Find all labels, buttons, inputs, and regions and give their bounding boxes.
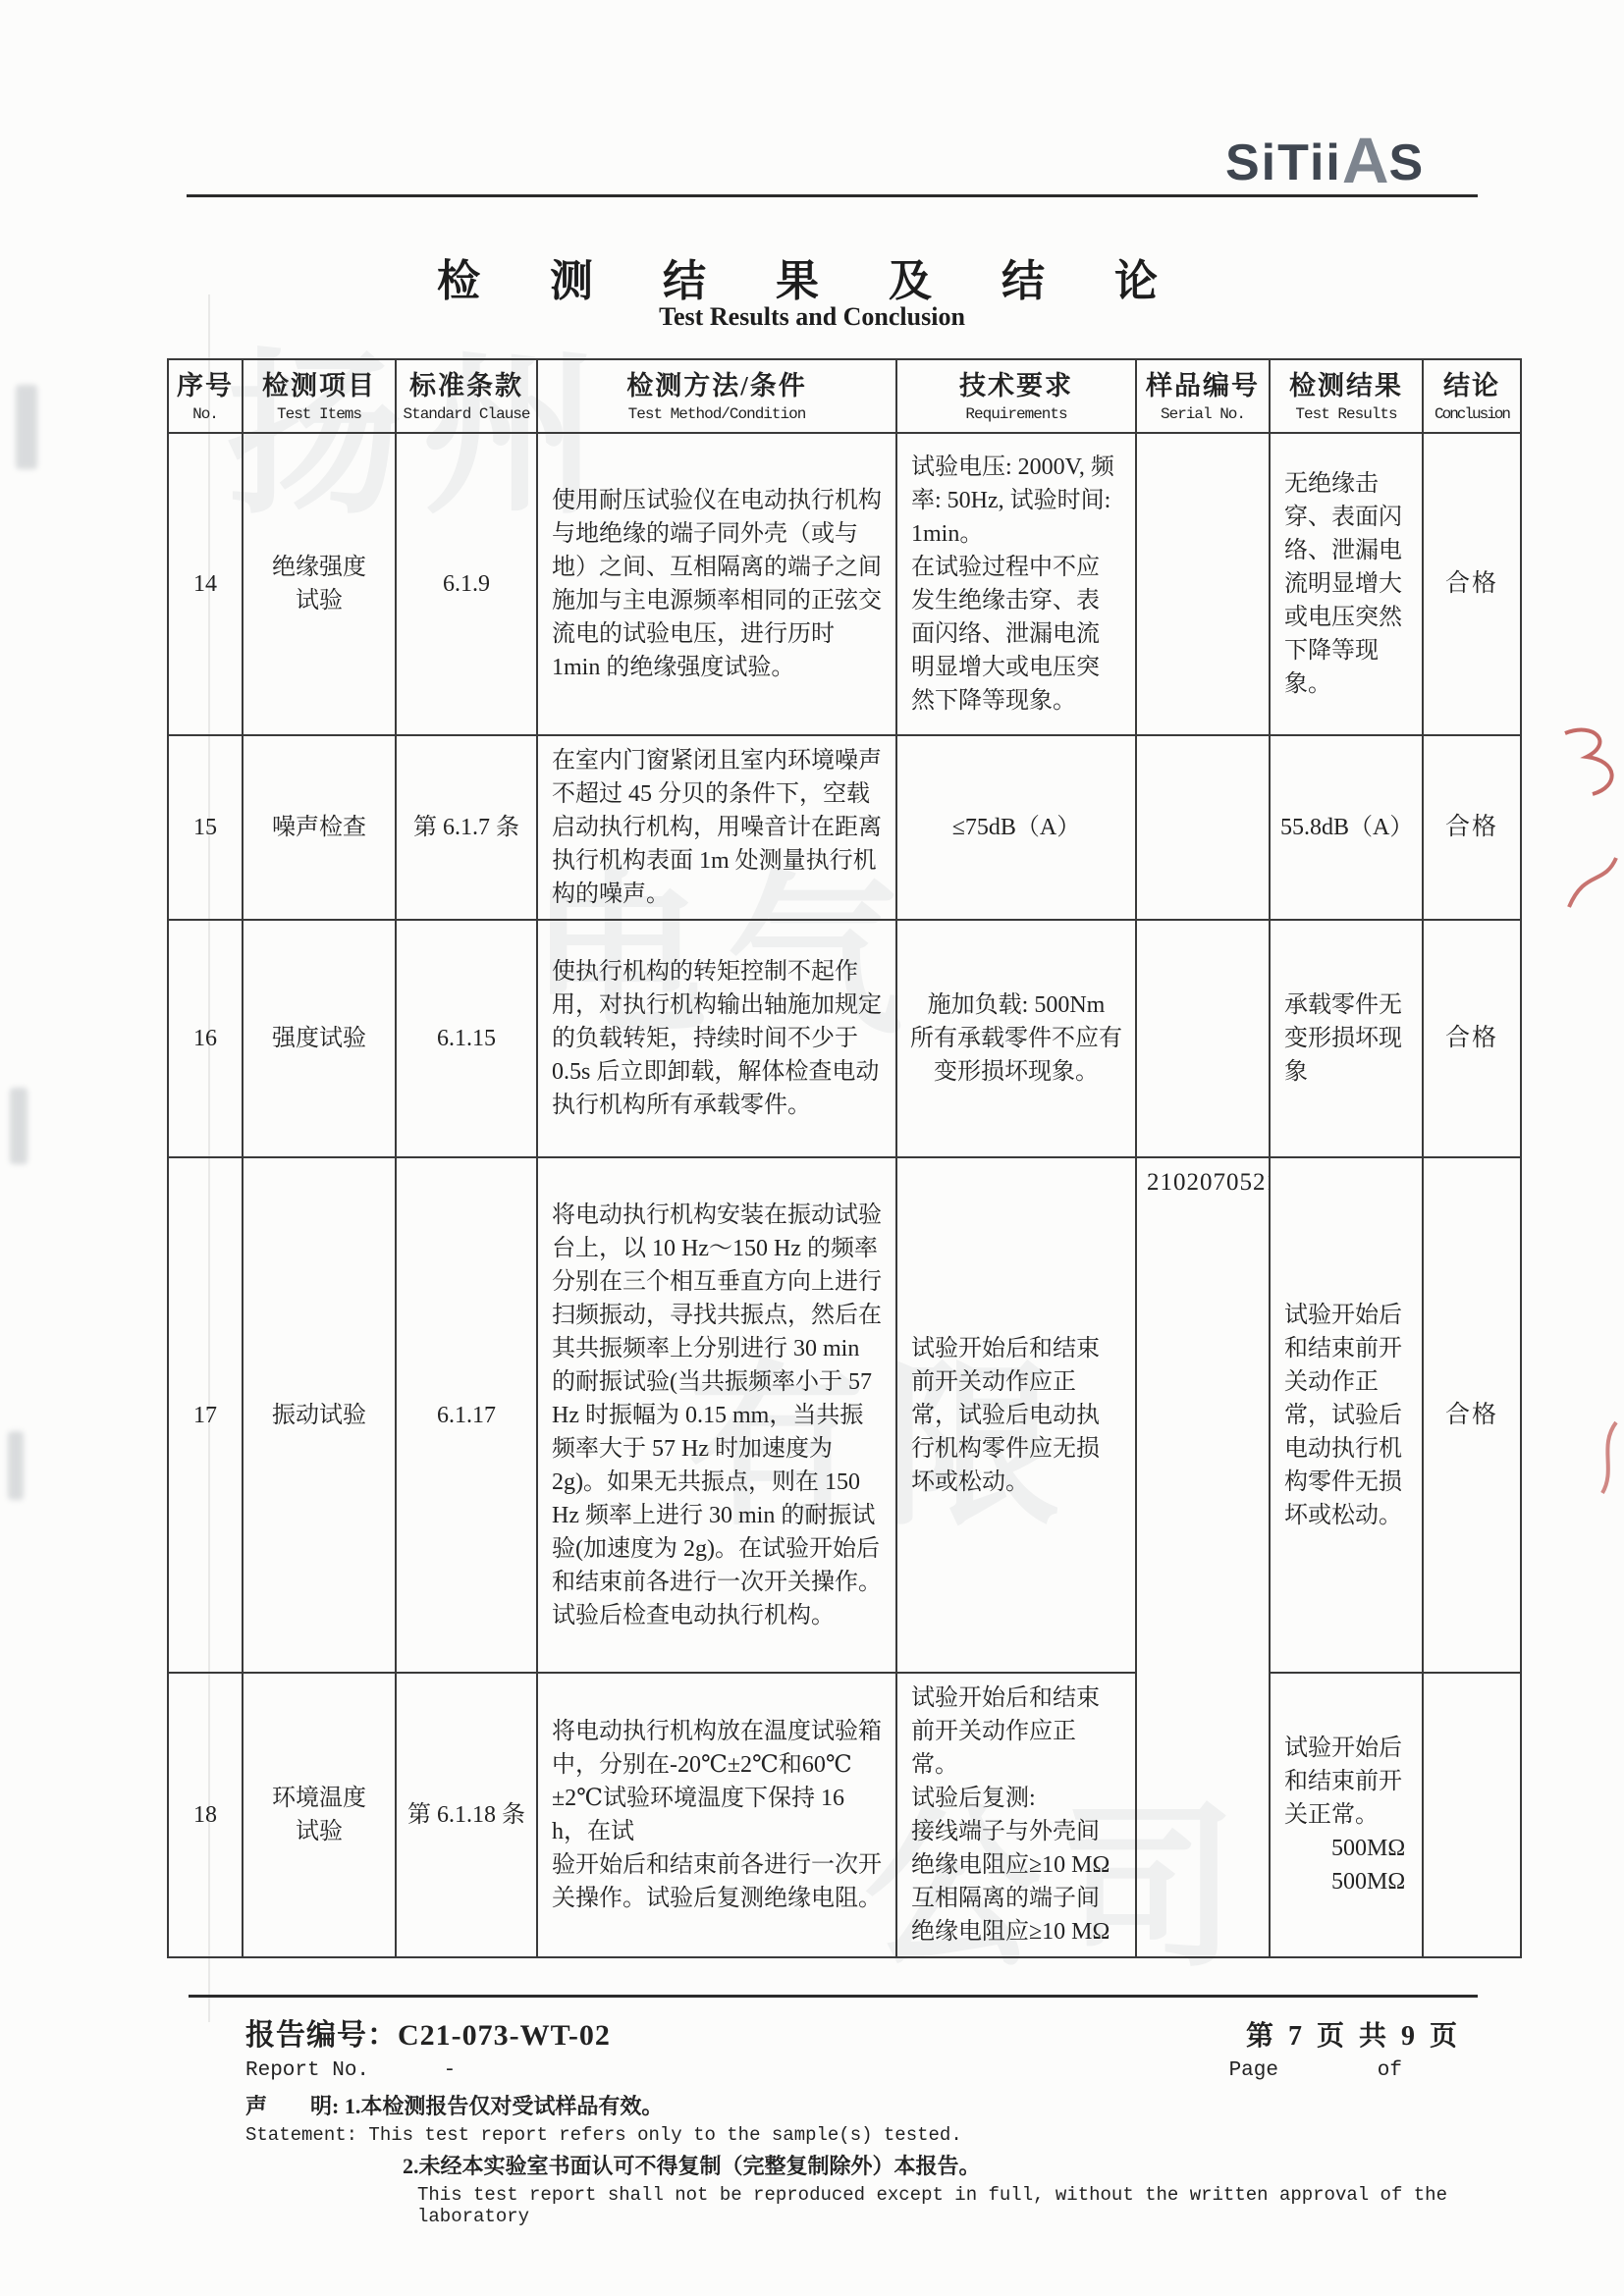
margin-smudge [8, 1431, 24, 1500]
cell-no: 14 [168, 433, 243, 735]
page-title-en: Test Results and Conclusion [0, 302, 1624, 332]
report-number-en: Report No. - [167, 2059, 456, 2082]
cell-test-results: 试验开始后和结束前开关动作正常，试验后电动执行机构零件无损坏或松动。 [1270, 1157, 1423, 1673]
cell-requirements: 施加负载: 500Nm 所有承载零件不应有变形损坏现象。 [896, 920, 1136, 1157]
cell-serial-no [1136, 433, 1270, 735]
cell-serial-no: 2102070521 [1136, 1157, 1270, 1957]
col-header-test-results: 检测结果Test Results [1270, 359, 1423, 433]
cell-requirements: 试验电压: 2000V, 频率: 50Hz, 试验时间: 1min。 在试验过程… [896, 433, 1136, 735]
col-header-standard-clause: 标准条款Standard Clause [396, 359, 537, 433]
cell-conclusion: 合格 [1423, 1157, 1521, 1673]
footer-rule [189, 1995, 1478, 1998]
table-row: 16 强度试验 6.1.15 使执行机构的转矩控制不起作用，对执行机构输出轴施加… [168, 920, 1521, 1157]
cell-requirements: 试验开始后和结束前开关动作应正常，试验后电动执行机构零件应无损坏或松动。 [896, 1157, 1136, 1673]
cell-standard-clause: 6.1.15 [396, 920, 537, 1157]
cell-test-item: 环境温度 试验 [243, 1673, 396, 1957]
report-number: 报告编号：C21-073-WT-02 [167, 2010, 611, 2054]
table-header-row: 序号No. 检测项目Test Items 标准条款Standard Clause… [168, 359, 1521, 433]
cell-test-method: 使执行机构的转矩控制不起作用，对执行机构输出轴施加规定的负载转矩，持续时间不少于… [537, 920, 896, 1157]
cell-no: 18 [168, 1673, 243, 1957]
cell-no: 17 [168, 1157, 243, 1673]
cell-test-results: 试验开始后和结束前开关正常。 500MΩ 500MΩ [1270, 1673, 1423, 1957]
header-rule [187, 194, 1478, 197]
results-table: 序号No. 检测项目Test Items 标准条款Standard Clause… [167, 358, 1520, 1958]
page-number: 第 7 页 共 9 页 [1246, 2014, 1520, 2054]
cell-no: 15 [168, 735, 243, 920]
logo-text: A [1342, 124, 1389, 196]
cell-test-method: 在室内门窗紧闭且室内环境噪声不超过 45 分贝的条件下，空载启动执行机构，用噪音… [537, 735, 896, 920]
cell-serial-no [1136, 735, 1270, 920]
col-header-conclusion: 结论Conclusion [1423, 359, 1521, 433]
red-pen-mark [1557, 721, 1622, 798]
sitiias-logo: SiTiiAS [1225, 120, 1425, 194]
cell-test-results: 无绝缘击穿、表面闪络、泄漏电流明显增大或电压突然下降等现象。 [1270, 433, 1423, 735]
cell-serial-no [1136, 920, 1270, 1157]
col-header-test-items: 检测项目Test Items [243, 359, 396, 433]
cell-conclusion [1423, 1673, 1521, 1957]
red-pen-mark [1563, 852, 1622, 915]
col-header-serial-no: 样品编号Serial No. [1136, 359, 1270, 433]
cell-test-results: 55.8dB（A） [1270, 735, 1423, 920]
cell-test-item: 振动试验 [243, 1157, 396, 1673]
red-pen-mark [1595, 1418, 1622, 1497]
cell-test-item: 绝缘强度 试验 [243, 433, 396, 735]
col-header-requirements: 技术要求Requirements [896, 359, 1136, 433]
report-page: 扬州 电气 有限 公司 SiTiiAS 检 测 结 果 及 结 论 Test R… [0, 0, 1624, 2296]
margin-smudge [16, 385, 37, 469]
cell-requirements: 试验开始后和结束前开关动作应正常。 试验后复测: 接线端子与外壳间绝缘电阻应≥1… [896, 1673, 1136, 1957]
logo-text: S [1389, 134, 1426, 191]
cell-test-item: 强度试验 [243, 920, 396, 1157]
cell-test-results: 承载零件无变形损坏现象 [1270, 920, 1423, 1157]
cell-standard-clause: 6.1.17 [396, 1157, 537, 1673]
table-row: 14 绝缘强度 试验 6.1.9 使用耐压试验仪在电动执行机构与地绝缘的端子同外… [168, 433, 1521, 735]
table-row: 17 振动试验 6.1.17 将电动执行机构安装在振动试验台上，以 10 Hz～… [168, 1157, 1521, 1673]
cell-test-method: 将电动执行机构放在温度试验箱中，分别在-20℃±2℃和60℃±2℃试验环境温度下… [537, 1673, 896, 1957]
footer: 报告编号：C21-073-WT-02 第 7 页 共 9 页 Report No… [167, 2010, 1520, 2227]
cell-standard-clause: 第 6.1.18 条 [396, 1673, 537, 1957]
table-row: 15 噪声检查 第 6.1.7 条 在室内门窗紧闭且室内环境噪声不超过 45 分… [168, 735, 1521, 920]
statement-line: 2.未经本实验室书面认可不得复制（完整复制除外）本报告。 [167, 2150, 1520, 2180]
statement-line: Statement: This test report refers only … [167, 2124, 1520, 2146]
cell-test-item: 噪声检查 [243, 735, 396, 920]
cell-standard-clause: 6.1.9 [396, 433, 537, 735]
cell-test-method: 使用耐压试验仪在电动执行机构与地绝缘的端子同外壳（或与地）之间、互相隔离的端子之… [537, 433, 896, 735]
cell-requirements: ≤75dB（A） [896, 735, 1136, 920]
cell-conclusion: 合格 [1423, 920, 1521, 1157]
logo-text: SiTii [1225, 134, 1342, 191]
cell-no: 16 [168, 920, 243, 1157]
statement-line: 声 明: 1.本检测报告仅对受试样品有效。 [167, 2090, 1520, 2120]
cell-standard-clause: 第 6.1.7 条 [396, 735, 537, 920]
cell-conclusion: 合格 [1423, 433, 1521, 735]
table-row: 18 环境温度 试验 第 6.1.18 条 将电动执行机构放在温度试验箱中，分别… [168, 1673, 1521, 1957]
statement-line: This test report shall not be reproduced… [167, 2184, 1520, 2227]
cell-conclusion: 合格 [1423, 735, 1521, 920]
page-number-en: Page of [1229, 2059, 1520, 2082]
margin-smudge [10, 1088, 27, 1164]
statement-block: 声 明: 1.本检测报告仅对受试样品有效。 Statement: This te… [167, 2090, 1520, 2227]
page-title-zh: 检 测 结 果 及 结 论 [0, 245, 1624, 308]
col-header-test-method: 检测方法/条件Test Method/Condition [537, 359, 896, 433]
col-header-no: 序号No. [168, 359, 243, 433]
cell-test-method: 将电动执行机构安装在振动试验台上，以 10 Hz～150 Hz 的频率分别在三个… [537, 1157, 896, 1673]
